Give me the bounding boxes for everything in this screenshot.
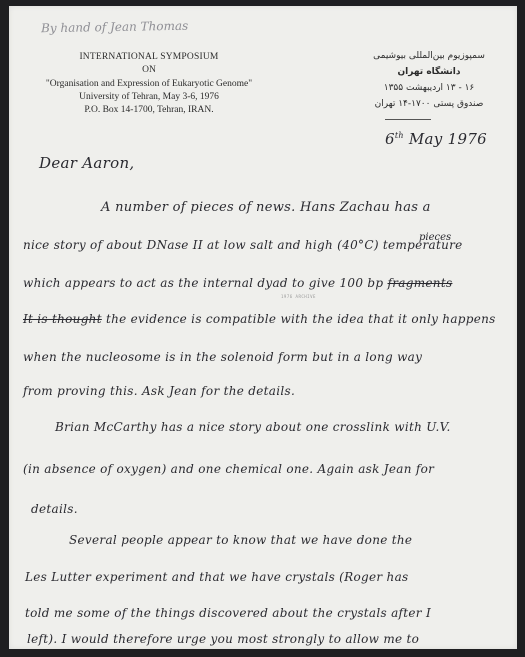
letter-line-1: A number of pieces of news. Hans Zachau … <box>101 200 431 215</box>
letter-date: 6th May 1976 <box>385 130 487 148</box>
letterhead-line-1: INTERNATIONAL SYMPOSIUM <box>9 51 289 64</box>
letterhead-line-2: ON <box>9 64 289 77</box>
letter-page: By hand of Jean Thomas INTERNATIONAL SYM… <box>9 6 517 649</box>
letter-line-4: It is thought the evidence is compatible… <box>23 312 496 326</box>
letter-line-8: (in absence of oxygen) and one chemical … <box>23 462 434 476</box>
date-day: 6 <box>385 130 395 148</box>
letter-line-2: nice story of about DNase II at low salt… <box>23 238 463 252</box>
letterhead-line-5: P.O. Box 14-1700, Tehran, IRAN. <box>9 104 289 117</box>
pencil-annotation: By hand of Jean Thomas <box>41 19 188 36</box>
letterhead-fa-line-2: دانشگاه تهران <box>364 64 494 80</box>
letterhead-persian: سمپوزیوم بین‌المللی بیوشیمی دانشگاه تهرا… <box>364 48 494 112</box>
letter-line-10: Several people appear to know that we ha… <box>69 533 412 547</box>
letterhead-fa-line-3: ۱۶ - ۱۳ اردیبهشت ۱۳۵۵ <box>364 80 494 96</box>
archive-stamp: 1976 ARCHIVE <box>281 294 316 299</box>
letterhead-line-4: University of Tehran, May 3-6, 1976 <box>9 91 289 104</box>
letterhead-fa-line-1: سمپوزیوم بین‌المللی بیوشیمی <box>364 48 494 64</box>
letterhead-divider <box>385 119 431 120</box>
letter-line-13: left). I would therefore urge you most s… <box>27 632 419 646</box>
date-suffix: th <box>395 131 404 140</box>
letter-line-12: told me some of the things discovered ab… <box>25 606 431 620</box>
letter-line-3-text: which appears to act as the internal dya… <box>23 276 383 290</box>
date-rest: May 1976 <box>409 130 487 148</box>
letter-line-4-text: the evidence is compatible with the idea… <box>106 312 496 326</box>
letterhead-fa-line-4: صندوق پستی ۱۷۰۰-۱۴ تهران <box>364 96 494 112</box>
letter-line-9: details. <box>31 502 78 516</box>
salutation: Dear Aaron, <box>39 154 135 172</box>
letter-line-7: Brian McCarthy has a nice story about on… <box>55 420 451 434</box>
struck-word: It is thought <box>23 312 102 326</box>
letter-line-11: Les Lutter experiment and that we have c… <box>25 570 409 584</box>
letterhead-line-3: "Organisation and Expression of Eukaryot… <box>9 78 289 91</box>
letter-line-6: from proving this. Ask Jean for the deta… <box>23 384 295 398</box>
letter-line-5: when the nucleosome is in the solenoid f… <box>23 350 422 364</box>
letterhead-english: INTERNATIONAL SYMPOSIUM ON "Organisation… <box>9 51 289 117</box>
struck-word: fragments <box>388 276 453 290</box>
letter-line-3: which appears to act as the internal dya… <box>23 276 452 290</box>
